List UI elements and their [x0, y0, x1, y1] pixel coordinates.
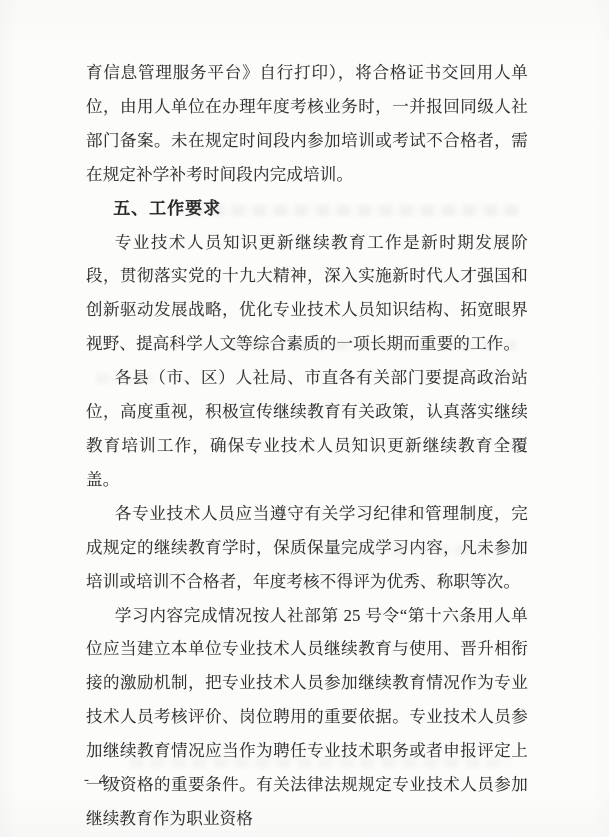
- body-paragraph: 专业技术人员知识更新继续教育工作是新时期发展阶段，贯彻落实党的十九大精神，深入实…: [86, 226, 528, 362]
- body-paragraph: 各县（市、区）人社局、市直各有关部门要提高政治站位，高度重视，积极宣传继续教育有…: [86, 361, 528, 497]
- continuation-paragraph: 育信息管理服务平台》自行打印），将合格证书交回用人单位，由用人单位在办理年度考核…: [86, 56, 528, 192]
- body-paragraph: 学习内容完成情况按人社部第 25 号令“第十六条用人单位应当建立本单位专业技术人…: [86, 599, 528, 836]
- document-body: 育信息管理服务平台》自行打印），将合格证书交回用人单位，由用人单位在办理年度考核…: [86, 56, 528, 836]
- section-heading: 五、工作要求: [86, 192, 528, 226]
- body-paragraph: 各专业技术人员应当遵守有关学习纪律和管理制度，完成规定的继续教育学时，保质保量完…: [86, 497, 528, 599]
- scanned-document-page: 育信息管理服务平台》自行打印），将合格证书交回用人单位，由用人单位在办理年度考核…: [0, 0, 609, 837]
- page-number: - 4 -: [84, 772, 124, 789]
